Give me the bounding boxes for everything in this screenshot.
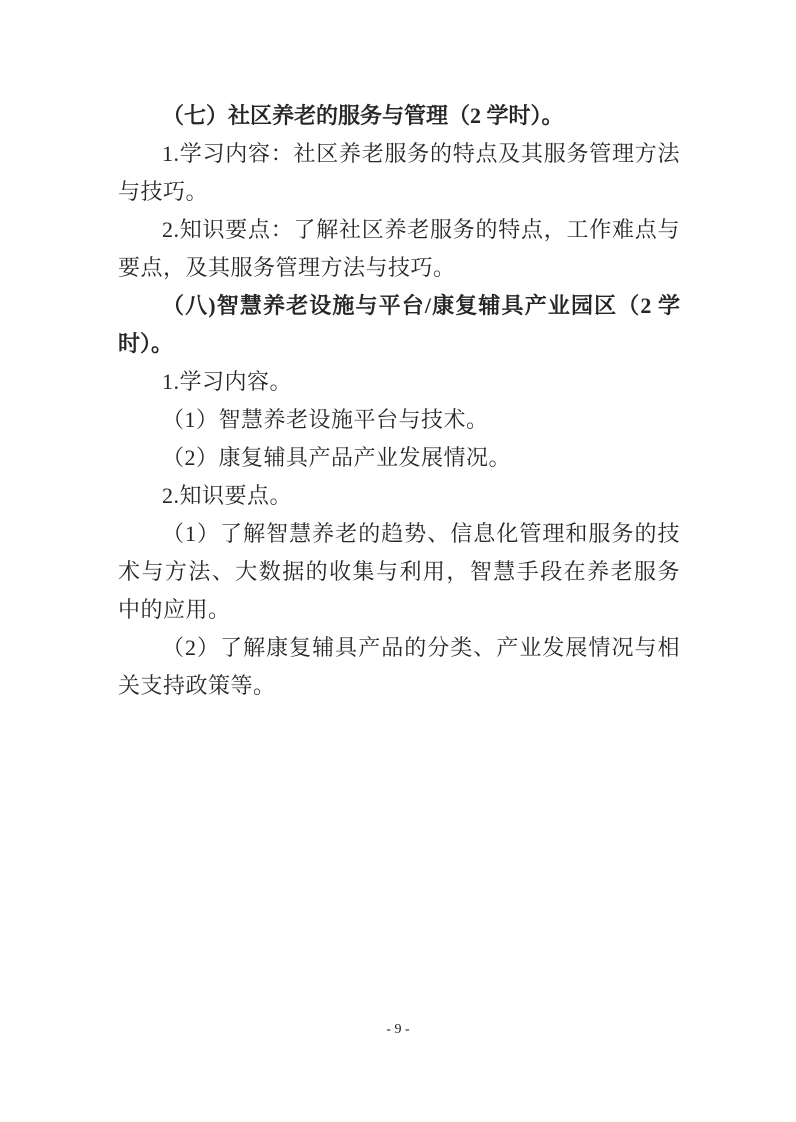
paragraph: 1.学习内容：社区养老服务的特点及其服务管理方法与技巧。 [118, 135, 680, 211]
paragraph: 1.学习内容。 [118, 363, 680, 401]
section-heading: （八)智慧养老设施与平台/康复辅具产业园区（2 学时）。 [118, 287, 680, 363]
paragraph: （1）了解智慧养老的趋势、信息化管理和服务的技术与方法、大数据的收集与利用，智慧… [118, 515, 680, 629]
paragraph: 2.知识要点。 [118, 477, 680, 515]
document-page: （七）社区养老的服务与管理（2 学时）。1.学习内容：社区养老服务的特点及其服务… [0, 0, 796, 1122]
paragraph: （1）智慧养老设施平台与技术。 [118, 401, 680, 439]
paragraph: （2）了解康复辅具产品的分类、产业发展情况与相关支持政策等。 [118, 629, 680, 705]
document-body: （七）社区养老的服务与管理（2 学时）。1.学习内容：社区养老服务的特点及其服务… [118, 97, 680, 705]
paragraph: （2）康复辅具产品产业发展情况。 [118, 439, 680, 477]
page-number: - 9 - [0, 1021, 796, 1039]
section-heading: （七）社区养老的服务与管理（2 学时）。 [118, 97, 680, 135]
paragraph: 2.知识要点：了解社区养老服务的特点，工作难点与要点，及其服务管理方法与技巧。 [118, 211, 680, 287]
